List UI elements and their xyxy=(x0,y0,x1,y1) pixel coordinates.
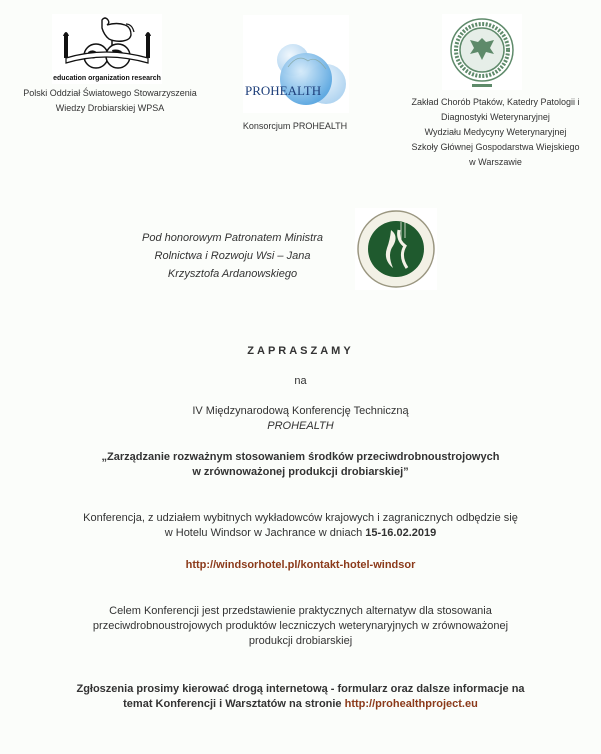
conference-title: „Zarządzanie rozważnym stosowaniem środk… xyxy=(0,450,601,480)
wpsa-emblem-icon xyxy=(52,14,162,76)
invite-heading: ZAPRASZAMY xyxy=(0,344,601,359)
goal-text: Celem Konferencji jest przedstawienie pr… xyxy=(0,604,601,649)
prohealth-caption: Konsorcjum PROHEALTH xyxy=(220,119,370,134)
prohealth-spheres-icon: PROHEALTH xyxy=(243,15,349,113)
wpsa-tagline: education organization research xyxy=(52,75,162,82)
hotel-link[interactable]: http://windsorhotel.pl/kontakt-hotel-win… xyxy=(186,559,416,571)
ministry-seal-icon xyxy=(355,208,437,290)
ministry-logo xyxy=(355,208,437,290)
registration-text: Zgłoszenia prosimy kierować drogą intern… xyxy=(0,682,601,712)
venue-text: Konferencja, z udziałem wybitnych wykład… xyxy=(0,511,601,541)
conference-line: IV Międzynarodową Konferencję Techniczną xyxy=(0,404,601,419)
hotel-link-row: http://windsorhotel.pl/kontakt-hotel-win… xyxy=(0,558,601,573)
wpsa-caption: Polski Oddział Światowego Stowarzyszenia… xyxy=(0,86,220,116)
project-link[interactable]: http://prohealthproject.eu xyxy=(345,698,478,710)
conference-dates: 15-16.02.2019 xyxy=(365,527,436,539)
conference-name: PROHEALTH xyxy=(0,419,601,434)
wpsa-logo: education organization research xyxy=(52,14,162,84)
sggw-caption: Zakład Chorób Ptaków, Katedry Patologii … xyxy=(390,95,601,170)
prohealth-logo: PROHEALTH xyxy=(243,15,349,113)
patronage-text: Pod honorowym Patronatem Ministra Rolnic… xyxy=(120,229,345,283)
sggw-seal-icon xyxy=(442,14,522,90)
svg-text:PROHEALTH: PROHEALTH xyxy=(245,83,321,98)
invite-na: na xyxy=(0,374,601,389)
sggw-logo xyxy=(442,14,522,90)
